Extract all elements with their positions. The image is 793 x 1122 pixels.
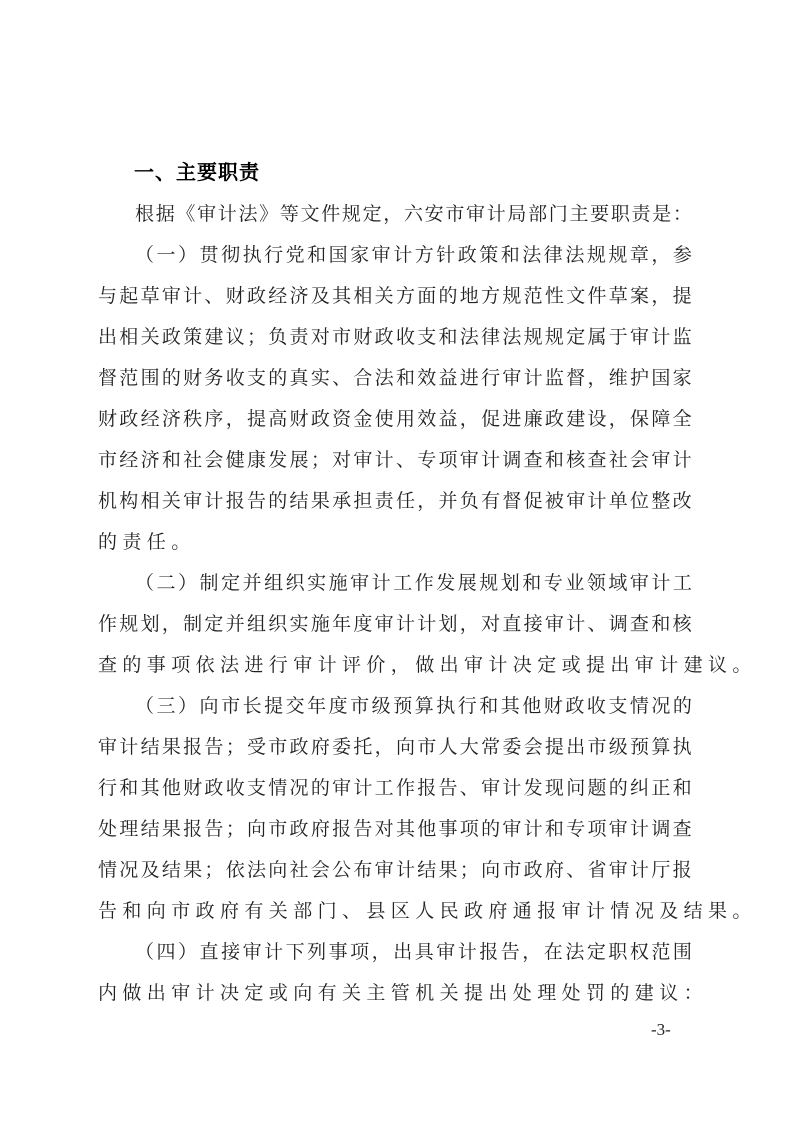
text-line: 行和其他财政收支情况的审计工作报告、审计发现问题的纠正和 <box>98 773 692 803</box>
text-line: 与起草审计、财政经济及其相关方面的地方规范性文件草案，提 <box>98 281 692 311</box>
text-line: 作规划，制定并组织实施年度审计计划，对直接审计、调查和核 <box>98 609 692 639</box>
text-line: 内做出审计决定或向有关主管机关提出处理处罚的建议： <box>98 978 692 1008</box>
text-line: （四）直接审计下列事项，出具审计报告，在法定职权范围 <box>135 937 692 967</box>
text-line: （三）向市长提交年度市级预算执行和其他财政收支情况的 <box>135 691 692 721</box>
text-line: 督范围的财务收支的真实、合法和效益进行审计监督，维护国家 <box>98 363 692 393</box>
section-heading: 一、主要职责 <box>134 156 260 185</box>
text-line: 市经济和社会健康发展；对审计、专项审计调查和核查社会审计 <box>98 445 692 475</box>
text-line: 处理结果报告；向市政府报告对其他事项的审计和专项审计调查 <box>98 814 692 844</box>
text-line: 告和向市政府有关部门、县区人民政府通报审计情况及结果。 <box>98 896 692 926</box>
text-line: （二）制定并组织实施审计工作发展规划和专业领域审计工 <box>135 568 692 598</box>
text-line: 财政经济秩序，提高财政资金使用效益，促进廉政建设，保障全 <box>98 404 692 434</box>
text-line: 审计结果报告；受市政府委托，向市人大常委会提出市级预算执 <box>98 732 692 762</box>
text-line: 根据《审计法》等文件规定，六安市审计局部门主要职责是： <box>135 199 692 229</box>
text-line: 的责任。 <box>98 527 692 557</box>
page-number: -3- <box>651 1020 671 1040</box>
text-line: 出相关政策建议；负责对市财政收支和法律法规规定属于审计监 <box>98 322 692 352</box>
text-line: 机构相关审计报告的结果承担责任，并负有督促被审计单位整改 <box>98 486 692 516</box>
text-line: （一）贯彻执行党和国家审计方针政策和法律法规规章，参 <box>135 240 692 270</box>
document-page: 一、主要职责 根据《审计法》等文件规定，六安市审计局部门主要职责是：（一）贯彻执… <box>0 0 793 1122</box>
text-line: 查的事项依法进行审计评价，做出审计决定或提出审计建议。 <box>98 650 692 680</box>
text-line: 情况及结果；依法向社会公布审计结果；向市政府、省审计厅报 <box>98 855 692 885</box>
